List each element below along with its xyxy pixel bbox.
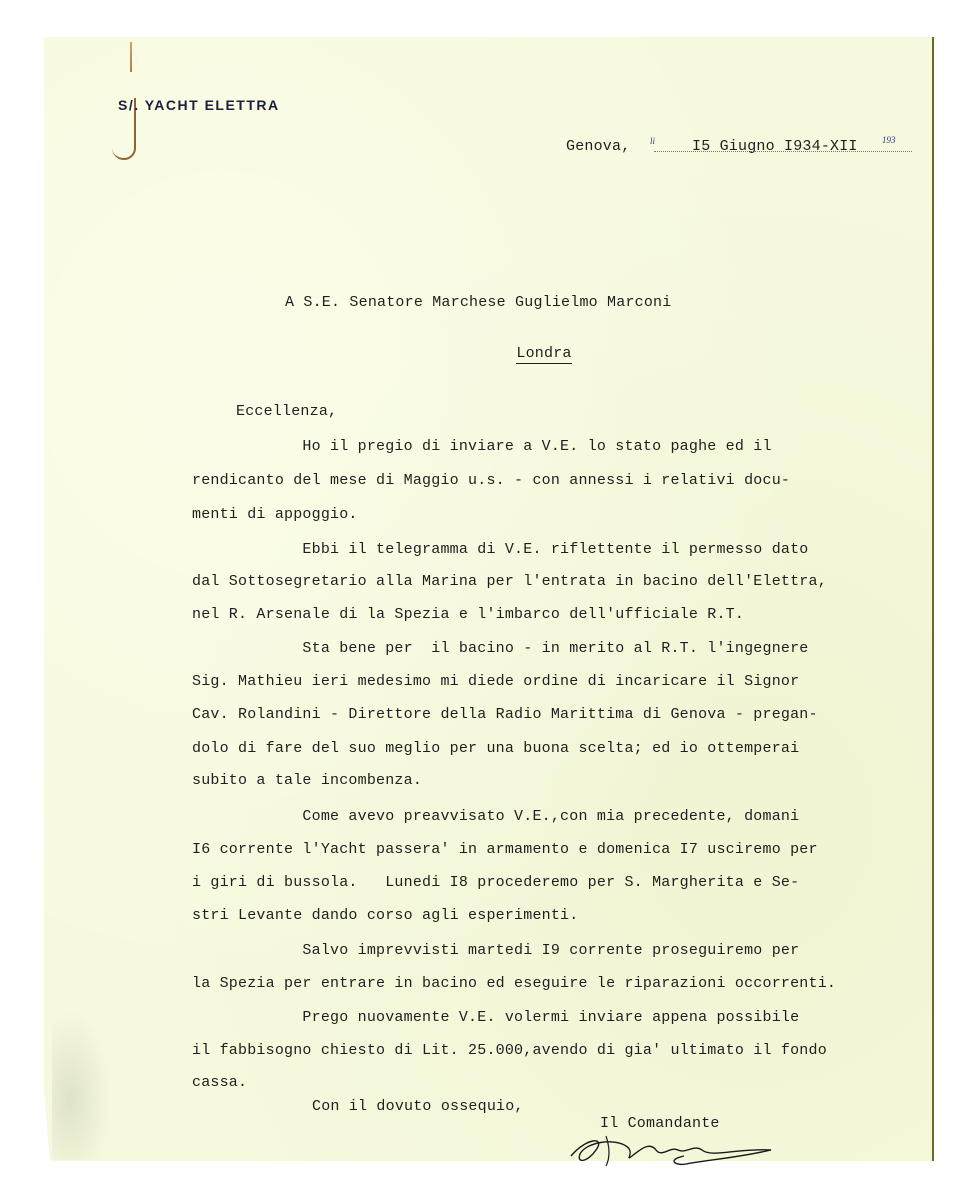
body-line: Sig. Mathieu ieri medesimo mi diede ordi… xyxy=(192,673,799,690)
date-place: Genova, xyxy=(566,138,630,155)
addressee-city: Londra xyxy=(498,328,572,362)
rust-staple-mark xyxy=(130,42,132,72)
body-line: I6 corrente l'Yacht passera' in armament… xyxy=(192,841,818,858)
body-line: il fabbisogno chiesto di Lit. 25.000,ave… xyxy=(192,1042,827,1059)
body-line: Ebbi il telegramma di V.E. riflettente i… xyxy=(192,541,809,558)
paper-fold-shadow xyxy=(52,1010,112,1160)
body-line: Cav. Rolandini - Direttore della Radio M… xyxy=(192,706,818,723)
closing: Con il dovuto ossequio, xyxy=(312,1098,524,1115)
body-line: menti di appoggio. xyxy=(192,506,358,523)
body-line: subito a tale incombenza. xyxy=(192,772,422,789)
printed-year-prefix: 193 xyxy=(882,135,896,145)
body-line: la Spezia per entrare in bacino ed esegu… xyxy=(192,975,836,992)
body-line: Come avevo preavvisato V.E.,con mia prec… xyxy=(192,808,799,825)
city-underlined: Londra xyxy=(516,345,571,364)
body-line: nel R. Arsenale di la Spezia e l'imbarco… xyxy=(192,606,744,623)
body-line: Salvo imprevvisti martedi I9 corrente pr… xyxy=(192,942,799,959)
letterhead: S/. YACHT ELETTRA xyxy=(118,97,280,113)
body-line: dolo di fare del suo meglio per una buon… xyxy=(192,740,799,757)
body-line: Ho il pregio di inviare a V.E. lo stato … xyxy=(192,438,772,455)
dateline: Genova, li I5 Giugno I934-XII 193 xyxy=(566,138,906,158)
body-line: cassa. xyxy=(192,1074,247,1091)
addressee-line: A S.E. Senatore Marchese Guglielmo Marco… xyxy=(285,294,671,311)
body-line: Sta bene per il bacino - in merito al R.… xyxy=(192,640,809,657)
letter-paper xyxy=(44,37,934,1161)
body-line: stri Levante dando corso agli esperiment… xyxy=(192,907,578,924)
handwritten-signature xyxy=(566,1128,776,1168)
body-line: Prego nuovamente V.E. volermi inviare ap… xyxy=(192,1009,799,1026)
date-text: I5 Giugno I934-XII xyxy=(692,138,858,155)
printed-li-mark: li xyxy=(650,136,655,146)
salutation: Eccellenza, xyxy=(236,403,337,420)
body-line: rendicanto del mese di Maggio u.s. - con… xyxy=(192,472,790,489)
body-line: i giri di bussola. Lunedi I8 procederemo… xyxy=(192,874,799,891)
body-line: dal Sottosegretario alla Marina per l'en… xyxy=(192,573,827,590)
